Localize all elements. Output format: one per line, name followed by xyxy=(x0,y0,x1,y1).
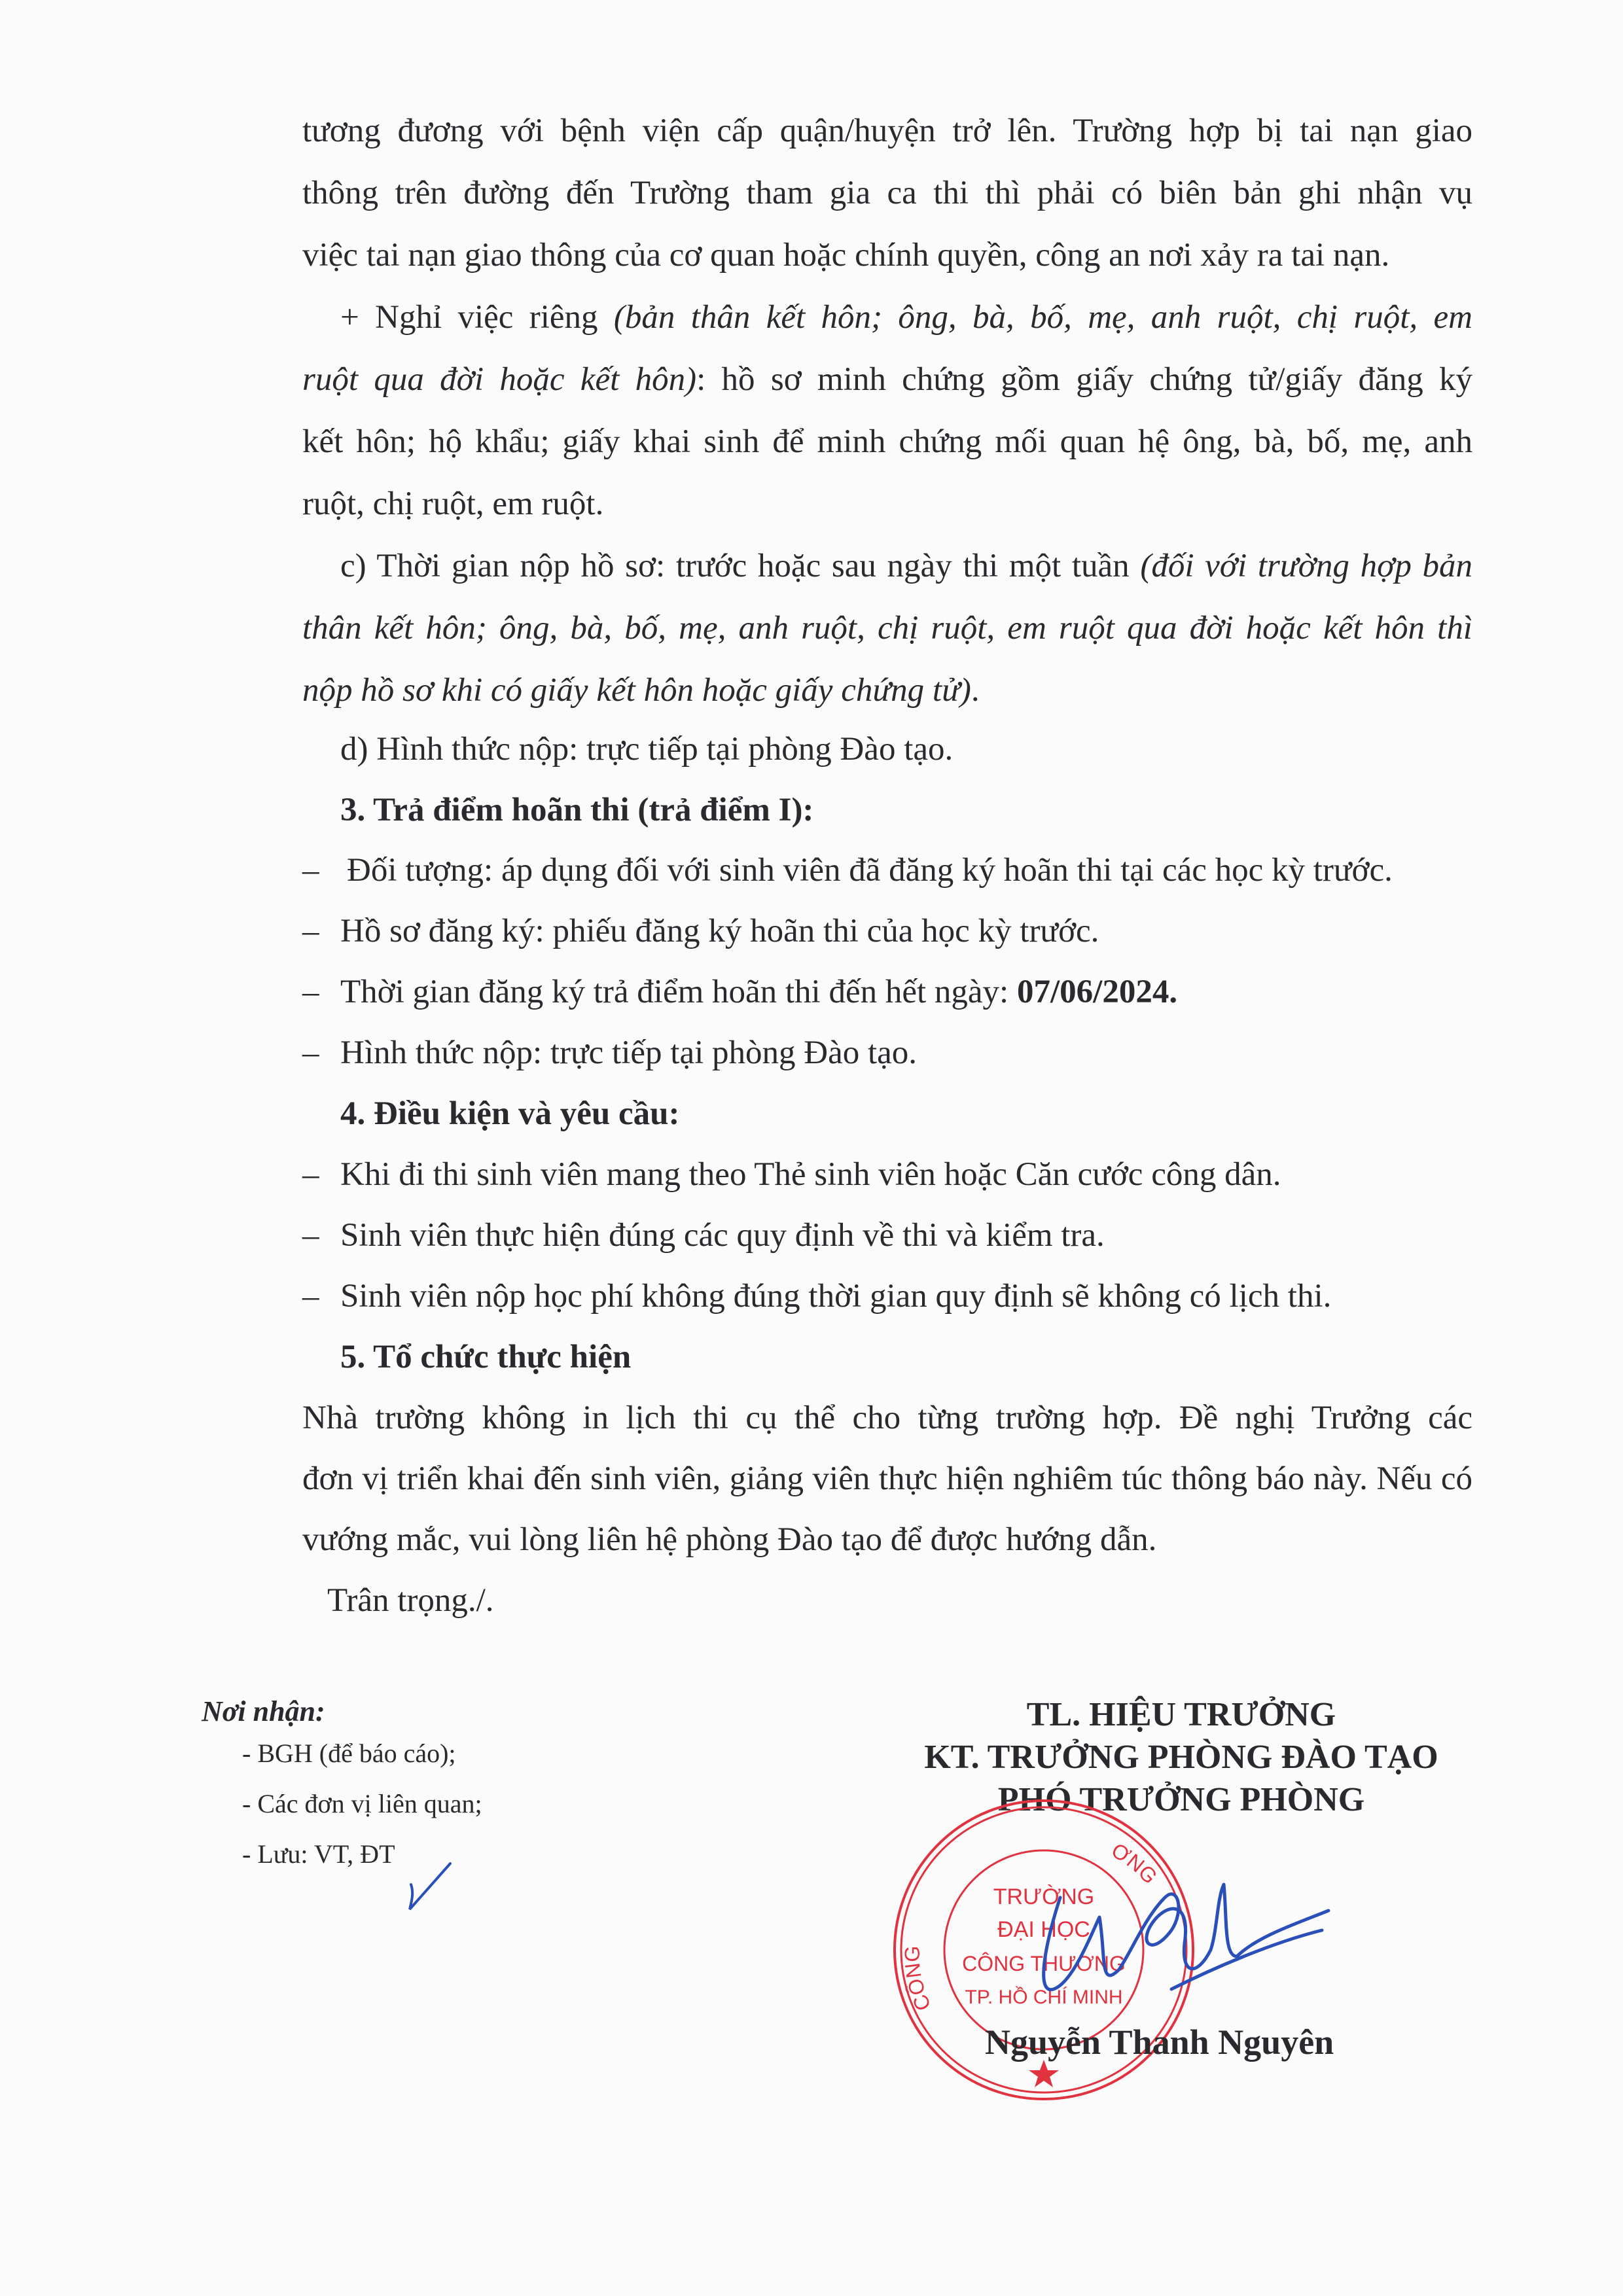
section-3-heading: 3. Trả điểm hoãn thi (trả điểm I): xyxy=(340,790,813,830)
document-page: tương đương với bệnh viện cấp quận/huyện… xyxy=(0,0,1623,2296)
signature-title-1: TL. HIỆU TRƯỞNG xyxy=(864,1695,1499,1735)
section-4-heading: 4. Điều kiện và yêu cầu: xyxy=(340,1094,680,1133)
paragraph-line: việc tai nạn giao thông của cơ quan hoặc… xyxy=(302,236,1389,275)
personal-leave-line: + Nghỉ việc riêng (bản thân kết hôn; ông… xyxy=(340,298,1472,337)
signer-name: Nguyễn Thanh Nguyên xyxy=(985,2022,1334,2062)
closing: Trân trọng./. xyxy=(327,1581,494,1620)
recipients-title: Nơi nhận: xyxy=(202,1695,325,1728)
svg-text:BỘ · CÔNG: BỘ · CÔNG xyxy=(887,1793,936,2014)
list-item: –Đối tượng: áp dụng đối với sinh viên đã… xyxy=(302,851,1393,890)
recipient-item: - Các đơn vị liên quan; xyxy=(242,1788,482,1820)
paragraph-line: thông trên đường đến Trường tham gia ca … xyxy=(302,173,1472,213)
list-item: –Hồ sơ đăng ký: phiếu đăng ký hoãn thi c… xyxy=(302,911,1099,951)
deadline-date: 07/06/2024. xyxy=(1017,974,1177,1010)
list-item: –Thời gian đăng ký trả điểm hoãn thi đến… xyxy=(302,972,1177,1012)
item-d: d) Hình thức nộp: trực tiếp tại phòng Đà… xyxy=(340,730,953,769)
paragraph-line: tương đương với bệnh viện cấp quận/huyện… xyxy=(302,111,1472,150)
item-c-line: thân kết hôn; ông, bà, bố, mẹ, anh ruột,… xyxy=(302,609,1472,648)
paragraph-line: đơn vị triển khai đến sinh viên, giảng v… xyxy=(302,1459,1472,1498)
recipient-item: - Lưu: VT, ĐT xyxy=(242,1838,395,1871)
paragraph-line: vướng mắc, vui lòng liên hệ phòng Đào tạ… xyxy=(302,1520,1156,1559)
list-item: –Sinh viên nộp học phí không đúng thời g… xyxy=(302,1277,1331,1316)
handwritten-signature-icon xyxy=(1021,1858,1361,2028)
item-c-line: nộp hồ sơ khi có giấy kết hôn hoặc giấy … xyxy=(302,671,980,710)
list-item: –Hình thức nộp: trực tiếp tại phòng Đào … xyxy=(302,1033,917,1072)
personal-leave-line: kết hôn; hộ khẩu; giấy khai sinh để minh… xyxy=(302,422,1472,461)
signature-title-2: KT. TRƯỞNG PHÒNG ĐÀO TẠO xyxy=(864,1737,1499,1778)
list-item: –Khi đi thi sinh viên mang theo Thẻ sinh… xyxy=(302,1155,1281,1194)
item-c-line: c) Thời gian nộp hồ sơ: trước hoặc sau n… xyxy=(340,546,1472,586)
personal-leave-line: ruột, chị ruột, em ruột. xyxy=(302,484,603,523)
recipient-item: - BGH (để báo cáo); xyxy=(242,1737,456,1770)
paragraph-line: Nhà trường không in lịch thi cụ thể cho … xyxy=(302,1398,1472,1438)
list-item: –Sinh viên thực hiện đúng các quy định v… xyxy=(302,1216,1105,1255)
personal-leave-line: ruột qua đời hoặc kết hôn): hồ sơ minh c… xyxy=(302,360,1472,399)
initial-check-icon xyxy=(399,1858,465,1924)
section-5-heading: 5. Tổ chức thực hiện xyxy=(340,1337,631,1377)
